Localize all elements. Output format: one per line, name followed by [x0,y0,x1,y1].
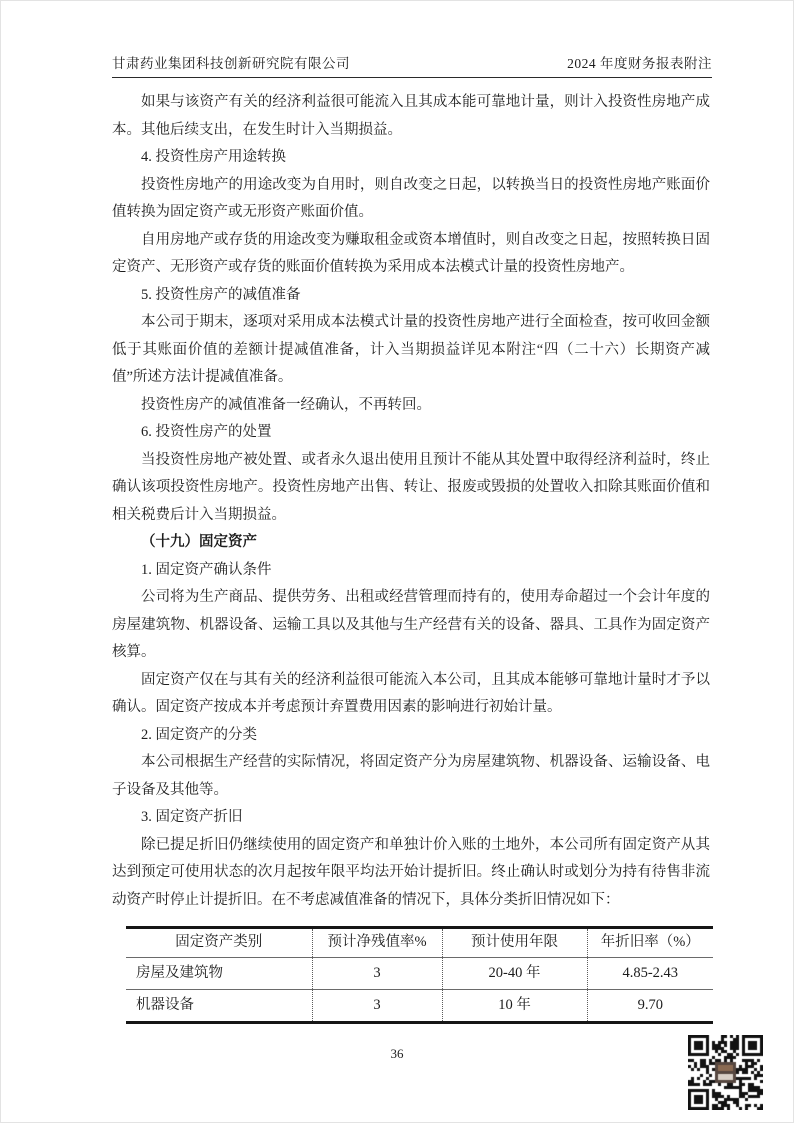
table-cell: 机器设备 [126,990,312,1023]
paragraph: 3. 固定资产折旧 [112,804,710,832]
paragraph: 5. 投资性房产的减值准备 [112,282,710,310]
paragraph: 投资性房地产的用途改变为自用时，则自改变之日起，以转换当日的投资性房地产账面价值… [112,172,710,227]
paragraph: 本公司于期末，逐项对采用成本法模式计量的投资性房地产进行全面检查，按可收回金额低… [112,309,710,392]
paragraph: 如果与该资产有关的经济利益很可能流入且其成本能可靠地计量，则计入投资性房地产成本… [112,89,710,144]
document-page: 甘肃药业集团科技创新研究院有限公司 2024 年度财务报表附注 如果与该资产有关… [0,0,794,1123]
table-header-cell: 预计净残值率% [312,928,442,958]
table-cell: 9.70 [587,990,713,1023]
qr-code-icon [688,1035,763,1110]
paragraph: 6. 投资性房产的处置 [112,419,710,447]
page-number: 36 [0,1046,794,1062]
depreciation-table: 固定资产类别预计净残值率%预计使用年限年折旧率（%） 房屋及建筑物320-40 … [126,926,713,1024]
table-cell: 10 年 [442,990,587,1023]
table-cell: 3 [312,958,442,990]
paragraph: 1. 固定资产确认条件 [112,557,710,585]
depreciation-table-body: 房屋及建筑物320-40 年4.85-2.43机器设备310 年9.70 [126,958,713,1023]
table-row: 机器设备310 年9.70 [126,990,713,1023]
paragraph: 投资性房产的减值准备一经确认，不再转回。 [112,392,710,420]
table-cell: 20-40 年 [442,958,587,990]
paragraph: 当投资性房地产被处置、或者永久退出使用且预计不能从其处置中取得经济利益时，终止确… [112,447,710,530]
table-cell: 3 [312,990,442,1023]
body-paragraphs: 如果与该资产有关的经济利益很可能流入且其成本能可靠地计量，则计入投资性房地产成本… [112,89,710,1024]
section-heading: （十九）固定资产 [112,529,710,557]
page-header: 甘肃药业集团科技创新研究院有限公司 2024 年度财务报表附注 [112,52,712,78]
company-name: 甘肃药业集团科技创新研究院有限公司 [112,52,350,72]
paragraph: 4. 投资性房产用途转换 [112,144,710,172]
paragraph: 本公司根据生产经营的实际情况，将固定资产分为房屋建筑物、机器设备、运输设备、电子… [112,749,710,804]
table-header-cell: 固定资产类别 [126,928,312,958]
paragraph: 固定资产仅在与其有关的经济利益很可能流入本公司，且其成本能够可靠地计量时才予以确… [112,667,710,722]
depreciation-table-header: 固定资产类别预计净残值率%预计使用年限年折旧率（%） [126,928,713,958]
paragraph: 除已提足折旧仍继续使用的固定资产和单独计价入账的土地外，本公司所有固定资产从其达… [112,832,710,915]
document-title: 2024 年度财务报表附注 [567,52,712,72]
paragraph: 自用房地产或存货的用途改变为赚取租金或资本增值时，则自改变之日起，按照转换日固定… [112,227,710,282]
table-header-cell: 预计使用年限 [442,928,587,958]
table-header-cell: 年折旧率（%） [587,928,713,958]
paragraph: 2. 固定资产的分类 [112,722,710,750]
table-row: 房屋及建筑物320-40 年4.85-2.43 [126,958,713,990]
table-cell: 房屋及建筑物 [126,958,312,990]
paragraph: 公司将为生产商品、提供劳务、出租或经营管理而持有的，使用寿命超过一个会计年度的房… [112,584,710,667]
table-cell: 4.85-2.43 [587,958,713,990]
